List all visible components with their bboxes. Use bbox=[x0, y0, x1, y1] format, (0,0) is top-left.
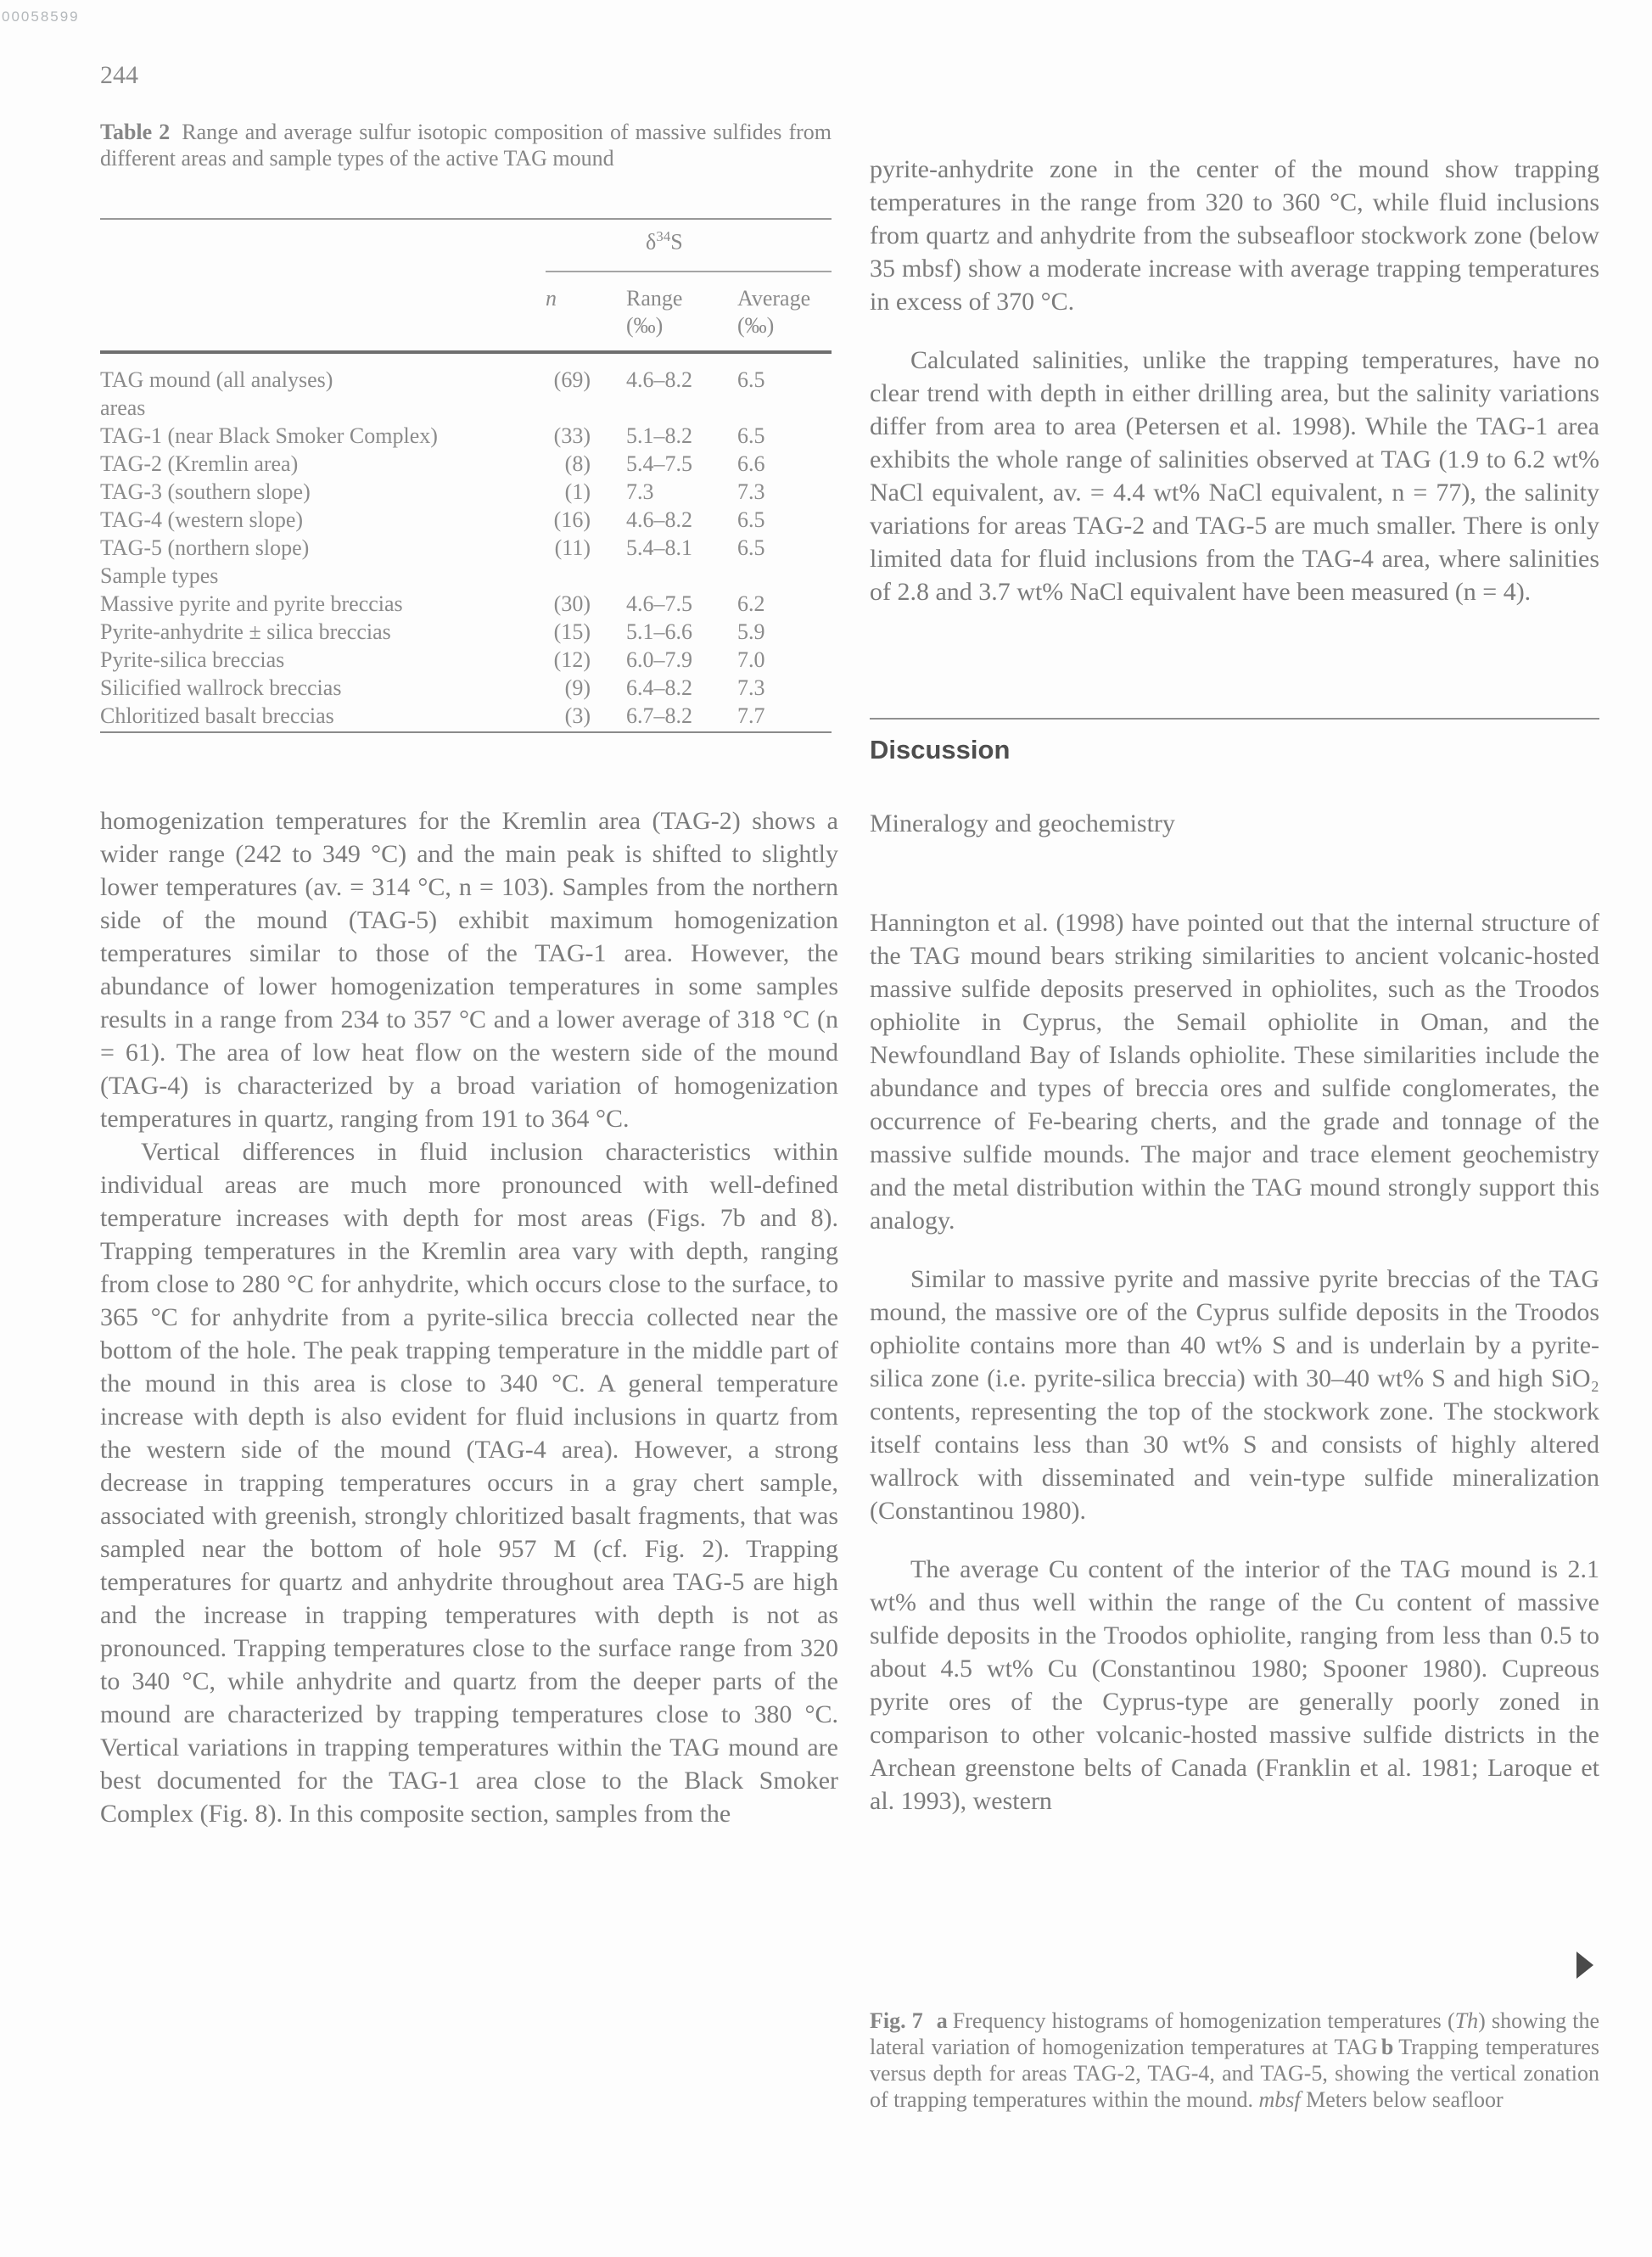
figure-caption-label: Fig. 7 bbox=[870, 2008, 923, 2033]
table-spanner-rule bbox=[546, 271, 832, 272]
cell-range: 7.3 bbox=[591, 478, 737, 506]
figure-caption-marker-b: b bbox=[1381, 2035, 1393, 2059]
row-label: Sample types bbox=[100, 562, 527, 590]
table-section-row: areas bbox=[100, 394, 832, 422]
body-paragraph: Calculated salinities, unlike the trappi… bbox=[870, 344, 1599, 608]
cell-range: 6.0–7.9 bbox=[591, 646, 737, 674]
cell-average bbox=[737, 562, 832, 590]
cell-n: (30) bbox=[527, 590, 591, 618]
row-label: TAG mound (all analyses) bbox=[100, 366, 527, 394]
cell-average: 6.5 bbox=[737, 534, 832, 562]
cell-range: 6.4–8.2 bbox=[591, 674, 737, 702]
cell-n: (1) bbox=[527, 478, 591, 506]
figure-caption-marker-a: a bbox=[937, 2008, 948, 2033]
subsection-heading-mineralogy: Mineralogy and geochemistry bbox=[870, 809, 1175, 838]
cell-n: (15) bbox=[527, 618, 591, 646]
row-label: Massive pyrite and pyrite breccias bbox=[100, 590, 527, 618]
scan-watermark: 00058599 bbox=[2, 8, 80, 25]
cell-average: 6.5 bbox=[737, 366, 832, 394]
cell-average: 7.3 bbox=[737, 478, 832, 506]
row-label: Chloritized basalt breccias bbox=[100, 702, 527, 730]
cell-average: 7.0 bbox=[737, 646, 832, 674]
cell-n: (69) bbox=[527, 366, 591, 394]
figure-caption-mbsf-italic: mbsf bbox=[1259, 2087, 1301, 2112]
table-row: TAG-4 (western slope)(16)4.6–8.26.5 bbox=[100, 506, 832, 534]
table-sulfur-isotopes: δ34S n Range (‰) Average (‰) TAG mound (… bbox=[100, 218, 832, 736]
cell-average: 7.3 bbox=[737, 674, 832, 702]
section-heading-discussion: Discussion bbox=[870, 735, 1010, 765]
cell-n bbox=[527, 562, 591, 590]
table-row: Silicified wallrock breccias(9)6.4–8.27.… bbox=[100, 674, 832, 702]
cell-average: 5.9 bbox=[737, 618, 832, 646]
sulfur-symbol: S bbox=[670, 230, 682, 255]
col-header-range: Range bbox=[626, 286, 682, 311]
table-body: TAG mound (all analyses)(69)4.6–8.26.5 a… bbox=[100, 366, 832, 730]
cell-average: 7.7 bbox=[737, 702, 832, 730]
cell-range bbox=[591, 394, 737, 422]
cell-n: (33) bbox=[527, 422, 591, 450]
table-bottom-rule bbox=[100, 731, 832, 733]
table-row: Pyrite-silica breccias(12)6.0–7.97.0 bbox=[100, 646, 832, 674]
table-row: Pyrite-anhydrite ± silica breccias(15)5.… bbox=[100, 618, 832, 646]
figure-caption: Fig. 7aFrequency histograms of homogeniz… bbox=[870, 2008, 1599, 2113]
cell-range: 5.1–8.2 bbox=[591, 422, 737, 450]
col-header-n: n bbox=[546, 286, 557, 311]
cell-n: (3) bbox=[527, 702, 591, 730]
row-label: TAG-5 (northern slope) bbox=[100, 534, 527, 562]
row-label: Pyrite-silica breccias bbox=[100, 646, 527, 674]
cell-range: 5.4–7.5 bbox=[591, 450, 737, 478]
row-label: Silicified wallrock breccias bbox=[100, 674, 527, 702]
right-column-lower: Hannington et al. (1998) have pointed ou… bbox=[870, 881, 1599, 1843]
cell-n: (8) bbox=[527, 450, 591, 478]
table-caption-label: Table 2 bbox=[100, 120, 170, 144]
figure-caption-text: Frequency histograms of homogenization t… bbox=[953, 2008, 1455, 2033]
cell-average: 6.5 bbox=[737, 422, 832, 450]
table-top-rule bbox=[100, 218, 832, 220]
cell-average bbox=[737, 394, 832, 422]
col-header-average: Average bbox=[737, 286, 810, 311]
row-label: areas bbox=[100, 394, 527, 422]
col-header-range-unit: (‰) bbox=[626, 313, 663, 339]
continuation-arrow-icon bbox=[1576, 1952, 1593, 1979]
table-row: Chloritized basalt breccias(3)6.7–8.27.7 bbox=[100, 702, 832, 730]
table-caption-text: Range and average sulfur isotopic compos… bbox=[100, 120, 832, 171]
cell-n: (16) bbox=[527, 506, 591, 534]
table-caption: Table 2Range and average sulfur isotopic… bbox=[100, 119, 832, 171]
cell-average: 6.5 bbox=[737, 506, 832, 534]
right-column-upper: pyrite-anhydrite zone in the center of t… bbox=[870, 127, 1599, 634]
figure-caption-text: Meters below seafloor bbox=[1301, 2087, 1504, 2112]
section-divider-rule bbox=[870, 718, 1599, 720]
cell-average: 6.2 bbox=[737, 590, 832, 618]
delta-symbol: δ bbox=[646, 230, 656, 255]
cell-range: 4.6–7.5 bbox=[591, 590, 737, 618]
body-paragraph: Similar to massive pyrite and massive py… bbox=[870, 1263, 1599, 1527]
cell-range bbox=[591, 562, 737, 590]
isotope-superscript: 34 bbox=[656, 228, 670, 244]
cell-range: 5.4–8.1 bbox=[591, 534, 737, 562]
left-column: homogenization temperatures for the Krem… bbox=[100, 804, 838, 1830]
figure-caption-th-italic: Th bbox=[1455, 2008, 1478, 2033]
table-spanner-d34s: δ34S bbox=[646, 228, 683, 255]
body-paragraph: homogenization temperatures for the Krem… bbox=[100, 804, 838, 1135]
body-paragraph: Vertical differences in fluid inclusion … bbox=[100, 1135, 838, 1830]
journal-page: 00058599 244 Table 2Range and average su… bbox=[0, 0, 1652, 2257]
table-row: Massive pyrite and pyrite breccias(30)4.… bbox=[100, 590, 832, 618]
row-label: Pyrite-anhydrite ± silica breccias bbox=[100, 618, 527, 646]
cell-n bbox=[527, 394, 591, 422]
body-paragraph: pyrite-anhydrite zone in the center of t… bbox=[870, 153, 1599, 318]
page-number: 244 bbox=[100, 61, 138, 90]
table-row: TAG-2 (Kremlin area)(8)5.4–7.56.6 bbox=[100, 450, 832, 478]
row-label: TAG-1 (near Black Smoker Complex) bbox=[100, 422, 527, 450]
table-section-row: Sample types bbox=[100, 562, 832, 590]
cell-n: (9) bbox=[527, 674, 591, 702]
cell-range: 5.1–6.6 bbox=[591, 618, 737, 646]
body-paragraph: The average Cu content of the interior o… bbox=[870, 1553, 1599, 1817]
row-label: TAG-4 (western slope) bbox=[100, 506, 527, 534]
table-row: TAG-1 (near Black Smoker Complex)(33)5.1… bbox=[100, 422, 832, 450]
cell-n: (11) bbox=[527, 534, 591, 562]
table-header-rule bbox=[100, 350, 832, 354]
cell-range: 4.6–8.2 bbox=[591, 506, 737, 534]
table-row: TAG-3 (southern slope)(1)7.37.3 bbox=[100, 478, 832, 506]
body-paragraph: Hannington et al. (1998) have pointed ou… bbox=[870, 906, 1599, 1237]
col-header-average-unit: (‰) bbox=[737, 313, 774, 339]
cell-range: 4.6–8.2 bbox=[591, 366, 737, 394]
cell-average: 6.6 bbox=[737, 450, 832, 478]
row-label: TAG-2 (Kremlin area) bbox=[100, 450, 527, 478]
table-row: TAG-5 (northern slope)(11)5.4–8.16.5 bbox=[100, 534, 832, 562]
cell-n: (12) bbox=[527, 646, 591, 674]
cell-range: 6.7–8.2 bbox=[591, 702, 737, 730]
table-row: TAG mound (all analyses)(69)4.6–8.26.5 bbox=[100, 366, 832, 394]
row-label: TAG-3 (southern slope) bbox=[100, 478, 527, 506]
